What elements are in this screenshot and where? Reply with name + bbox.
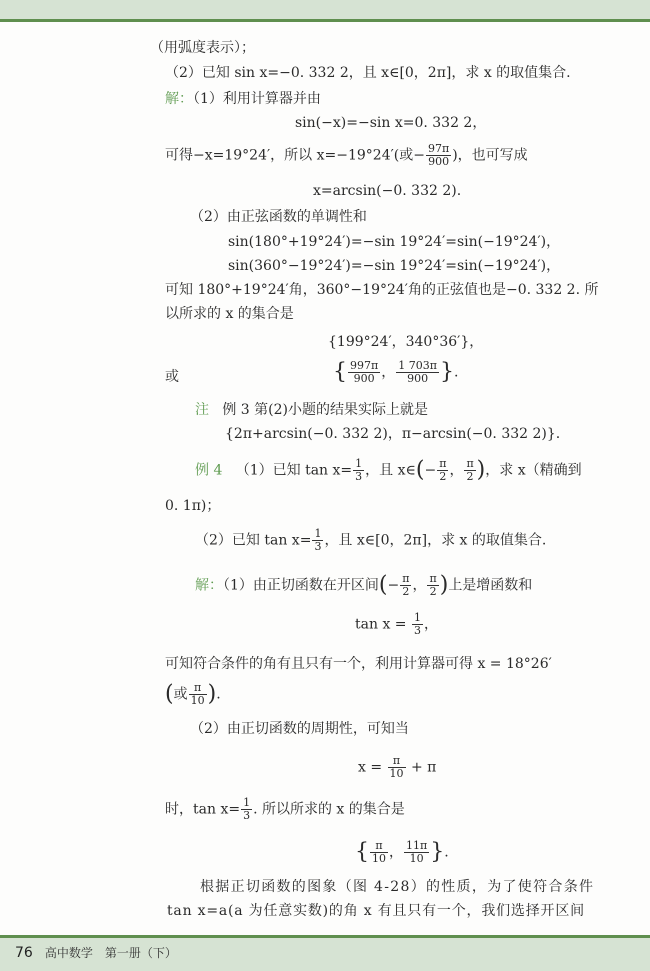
text: ，且 x∈ xyxy=(365,463,416,479)
text: 上是增函数和 xyxy=(448,578,532,594)
solution-label: 解： xyxy=(195,578,223,594)
equation: sin(180°+19°24′)=−sin 19°24′=sin(−19°24′… xyxy=(228,233,560,251)
header-band xyxy=(0,0,650,22)
text: (或− xyxy=(394,148,425,164)
equation: sin(360°−19°24′)=−sin 19°24′=sin(−19°24′… xyxy=(228,257,560,275)
text-line: 以所求的 x 的集合是 xyxy=(165,305,294,323)
example-label: 例 4 xyxy=(195,463,222,479)
fraction: π2 xyxy=(427,573,438,598)
equation: sin(−x)=−sin x=0. 332 2， xyxy=(295,114,486,132)
page-number: 76 xyxy=(15,945,33,961)
fraction: 1 703π900 xyxy=(396,360,439,385)
text-line: 时，tan x=13. 所以所求的 x 的集合是 xyxy=(165,797,405,822)
text-line: 0. 1π)； xyxy=(165,497,220,515)
fraction: π2 xyxy=(464,458,475,483)
fraction: 11π10 xyxy=(404,840,429,865)
text: （1）由正切函数在开区间 xyxy=(223,578,379,594)
text-line: 可得−x=19°24′，所以 x=−19°24′(或−97π900)，也可写成 xyxy=(165,143,528,168)
example-line: 例 4 （1）已知 tan x=13，且 x∈(−π2，π2)，求 x（精确到 xyxy=(195,458,582,483)
equation: x=arcsin(−0. 332 2). xyxy=(313,182,461,200)
equation: x = π10 + π xyxy=(358,755,436,780)
fraction: π2 xyxy=(437,458,448,483)
fraction: 13 xyxy=(412,612,423,637)
fraction: 97π900 xyxy=(426,143,451,168)
text-line: (或π10). xyxy=(165,682,221,707)
note-label: 注 xyxy=(195,402,209,418)
text: ，且 x∈[0，2π]，求 x 的取值集合. xyxy=(324,533,546,549)
solution-label: 解： xyxy=(165,91,193,107)
fraction: π10 xyxy=(189,682,207,707)
text: 可得−x=19°24′，所以 x=−19°24′ xyxy=(165,148,394,164)
text-line: （2）已知 sin x=−0. 332 2，且 x∈[0，2π]，求 x 的取值… xyxy=(165,64,571,82)
note-line: 注 例 3 第(2)小题的结果实际上就是 xyxy=(195,401,428,419)
equation: tan x = 13， xyxy=(355,612,438,637)
equation: {199°24′，340°36′}， xyxy=(328,333,483,351)
text-line: 可知 180°+19°24′角，360°−19°24′角的正弦值也是−0. 33… xyxy=(165,281,599,299)
text: （1）利用计算器并由 xyxy=(193,91,321,107)
text: 例 3 第(2)小题的结果实际上就是 xyxy=(222,402,428,418)
fraction: 13 xyxy=(353,458,364,483)
equation: {π10，11π10}. xyxy=(355,840,449,865)
fraction: π2 xyxy=(400,573,411,598)
equation: {997π900，1 703π900}. xyxy=(333,360,458,385)
text-line: tan x=a(a 为任意实数)的角 x 有且只有一个，我们选择开区间 xyxy=(167,902,585,920)
text-line: （2）已知 tan x=13，且 x∈[0，2π]，求 x 的取值集合. xyxy=(195,528,546,553)
text-line: 或 xyxy=(165,368,179,386)
text-line: （2）由正弦函数的单调性和 xyxy=(190,208,367,226)
solution-line: 解：（1）由正切函数在开区间(−π2，π2)上是增函数和 xyxy=(195,573,532,598)
fraction: π10 xyxy=(388,755,406,780)
book-title: 高中数学 第一册（下） xyxy=(45,946,177,960)
footer: 76高中数学 第一册（下） xyxy=(15,944,177,961)
text-line: 根据正切函数的图象（图 4-28）的性质，为了使符合条件 xyxy=(200,878,594,896)
solution-line: 解：（1）利用计算器并由 xyxy=(165,90,321,108)
fraction: 13 xyxy=(312,528,323,553)
text-line: （用弧度表示）； xyxy=(150,39,255,57)
text: （2）已知 tan x= xyxy=(195,533,311,549)
text: （1）已知 tan x= xyxy=(236,463,352,479)
fraction: 13 xyxy=(241,797,252,822)
text: ，求 x（精确到 xyxy=(485,463,581,479)
text: )，也可写成 xyxy=(452,148,527,164)
text-line: （2）由正切函数的周期性，可知当 xyxy=(190,720,409,738)
fraction: 997π900 xyxy=(348,360,380,385)
equation: {2π+arcsin(−0. 332 2)，π−arcsin(−0. 332 2… xyxy=(225,425,560,443)
fraction: π10 xyxy=(370,840,388,865)
text-line: 可知符合条件的角有且只有一个，利用计算器可得 x = 18°26′ xyxy=(165,655,552,673)
